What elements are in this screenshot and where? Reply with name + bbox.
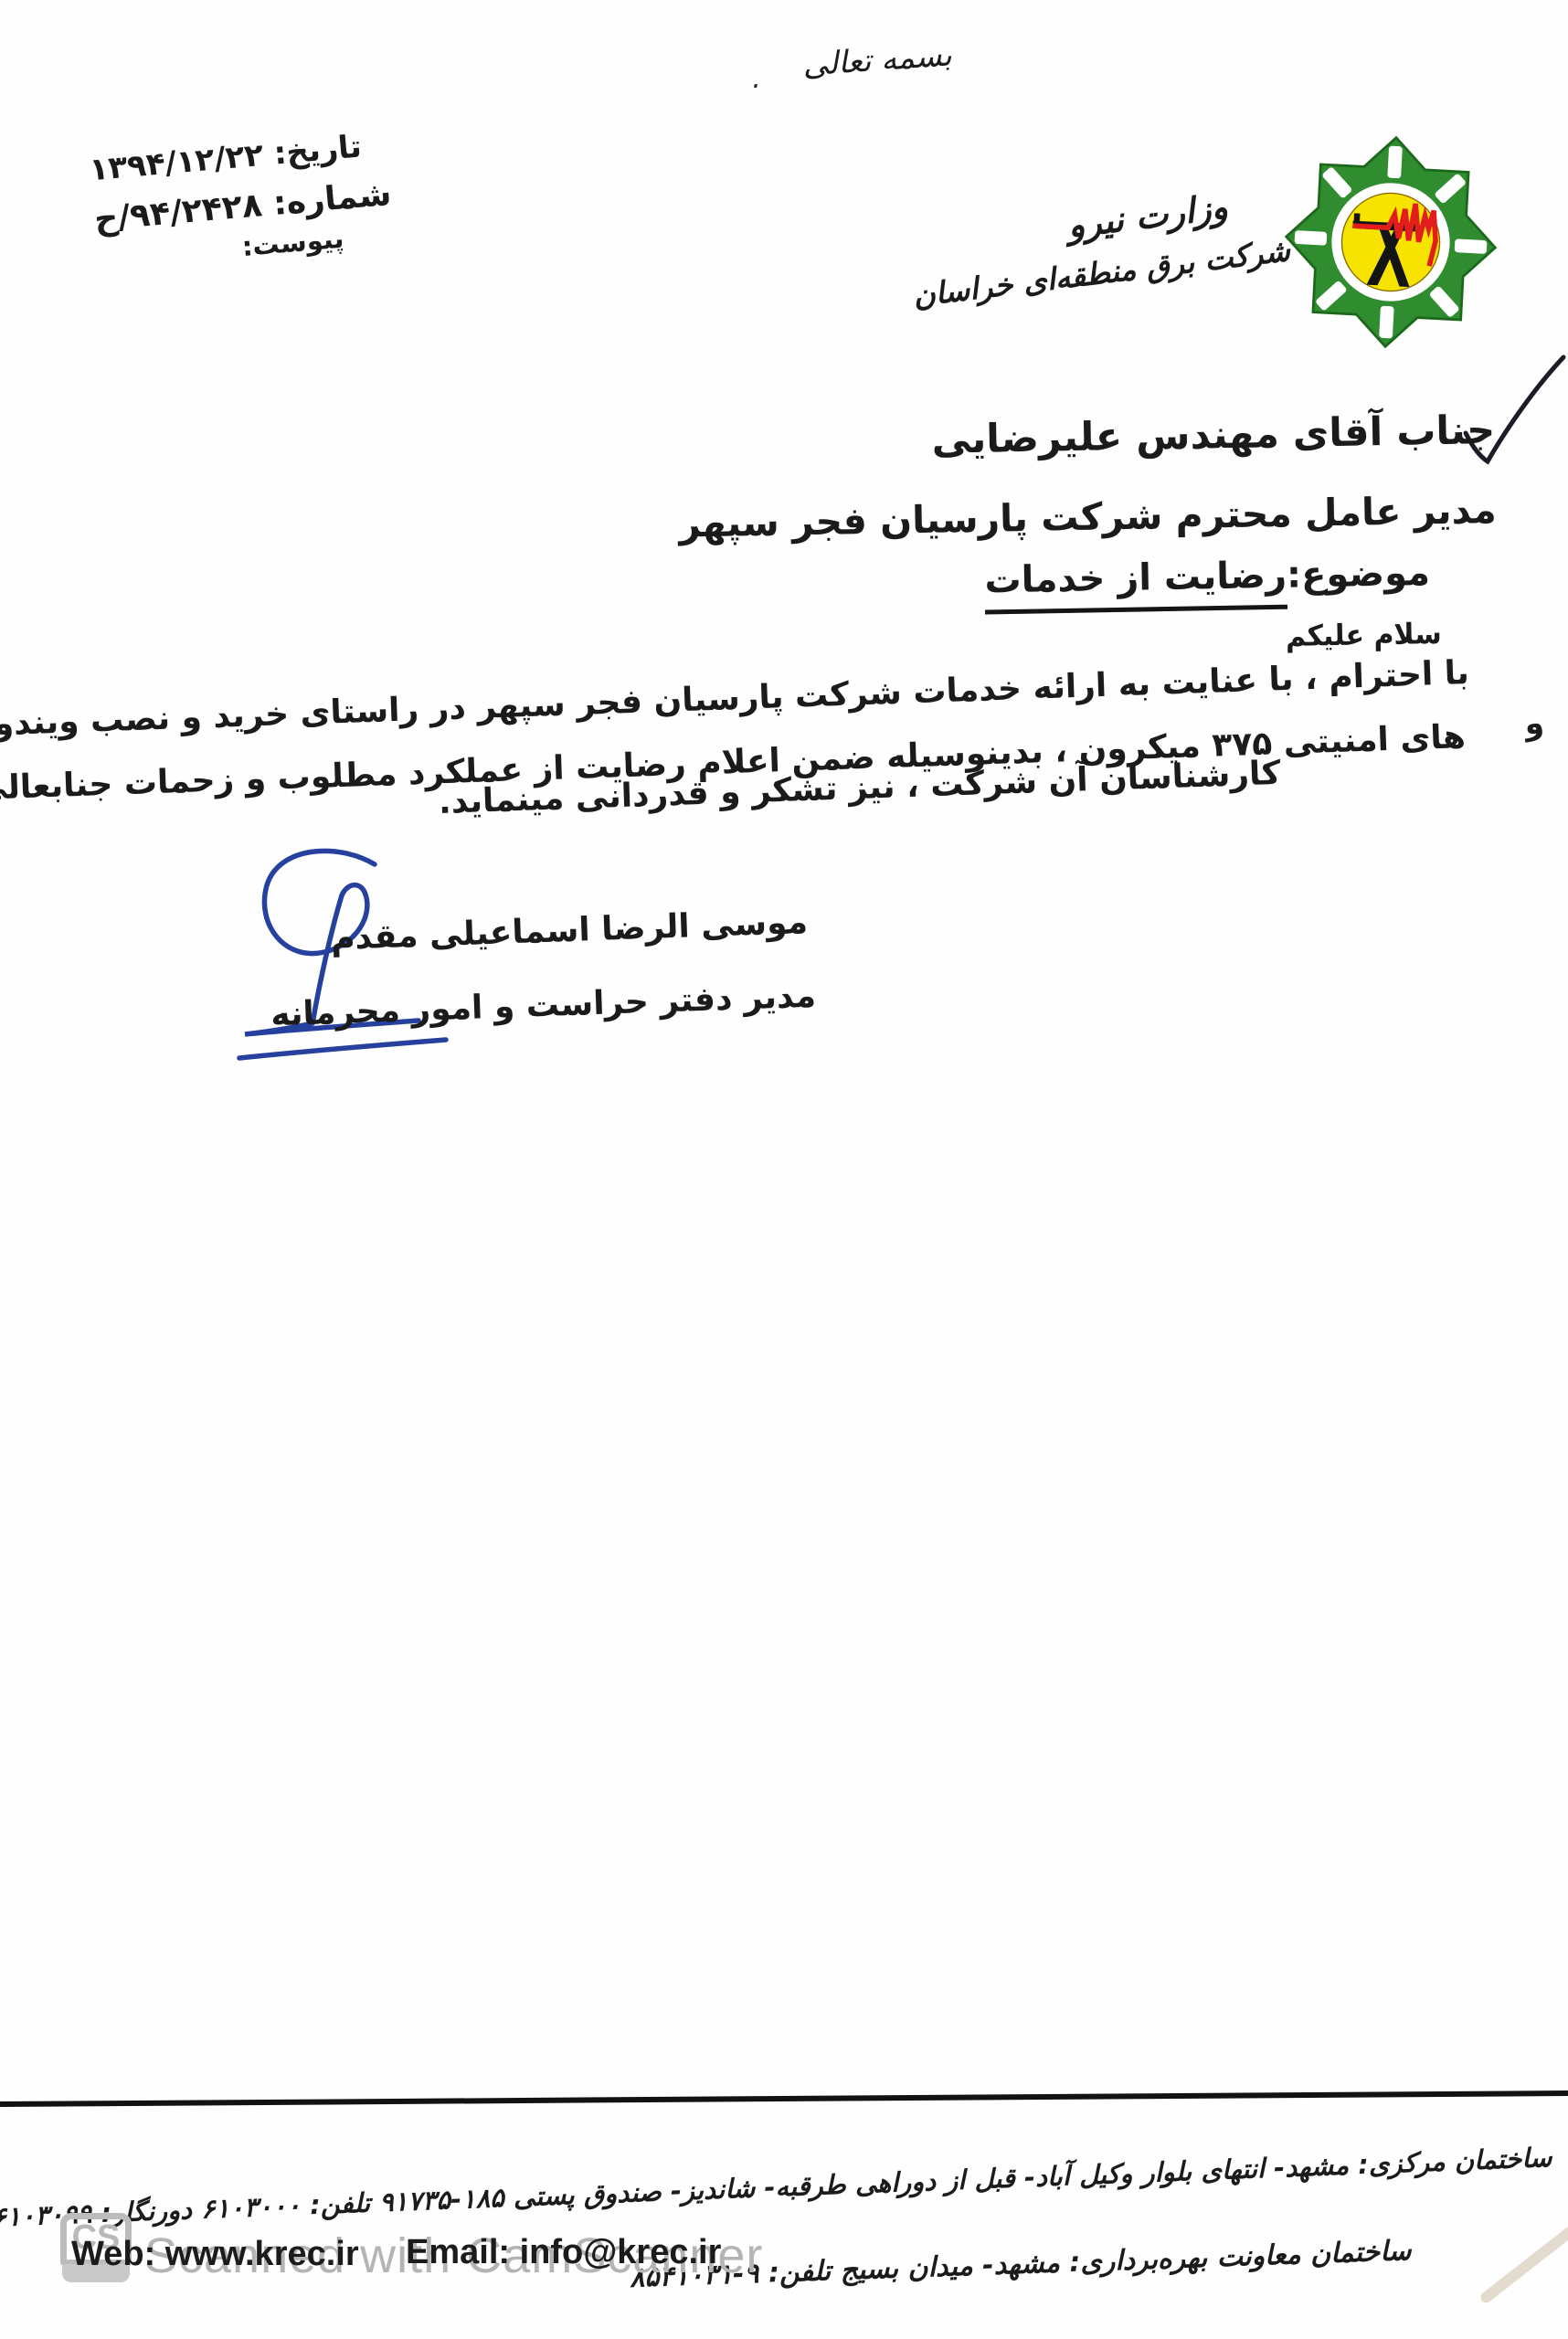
subject-label: موضوع:: [1286, 552, 1430, 597]
signature-ink-icon: [228, 844, 452, 1073]
ink-dot: ·: [749, 70, 760, 103]
scan-smudge: [1478, 2223, 1568, 2304]
greeting-stamp: سلام علیکم: [1286, 618, 1442, 654]
subject-value: رضایت از خدمات: [984, 555, 1287, 615]
bismillah-header: · بسمه تعالی: [758, 34, 997, 87]
footer-email: Email: info@krec.ir: [406, 2233, 721, 2272]
stray-ink-mark: و: [1521, 704, 1546, 744]
footer-web-url: Web: www.krec.ir: [71, 2235, 359, 2274]
subject-line: موضوع:رضایت از خدمات: [984, 552, 1430, 602]
letter-meta-block: تاریخ: ۱۳۹۴/۱۲/۲۲ شماره: ۹۴/۲۴۲۸/ح پیوست…: [89, 126, 397, 275]
recipient-title: مدیر عامل محترم شرکت پارسیان فجر سپهر: [679, 488, 1497, 546]
footer-address-main: ساختمان مرکزی: مشهد- انتهای بلوار وکیل آ…: [0, 2142, 1552, 2239]
company-logo-star-icon: [1281, 124, 1500, 360]
recipient-name: جناب آقای مهندس علیرضایی: [677, 407, 1495, 468]
letterhead-text: وزارت نیرو شرکت برق منطقه‌ای خراسان: [1009, 179, 1292, 301]
letter-number: شماره: ۹۴/۲۴۲۸/ح: [92, 175, 393, 238]
scanned-letter-page: · بسمه تعالی تاریخ: ۱۳۹۴/۱۲/۲۲ شماره: ۹۴…: [0, 0, 1568, 2339]
recipient-block: جناب آقای مهندس علیرضایی مدیر عامل محترم…: [677, 407, 1497, 546]
footer-divider: [0, 2090, 1568, 2107]
letter-date: تاریخ: ۱۳۹۴/۱۲/۲۲: [89, 128, 364, 188]
bismillah-text: بسمه تعالی: [801, 37, 953, 83]
